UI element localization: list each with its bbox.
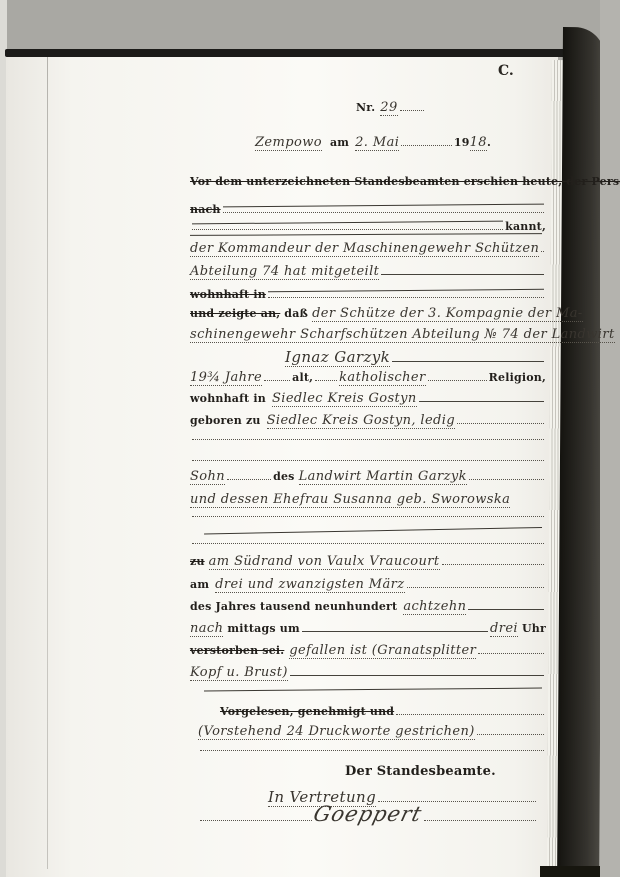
parents-line-2: und dessen Ehefrau Susanna geb. Sworowsk… [190,492,546,508]
informant-text-1: der Kommandeur der Maschinengewehr Schüt… [190,241,539,257]
ruled-line [302,629,488,632]
am-label: am [330,136,349,149]
ruled-line [264,378,290,381]
ruled-line [477,732,544,735]
blank-line [190,514,546,517]
struck-ruled-line [192,227,503,230]
age-value: 19¾ Jahre [190,370,262,386]
wohnhaft-struck-line: wohnhaft in [190,288,546,301]
birthplace-value: Siedlec Kreis Gostyn, ledig [267,413,455,429]
hour-value: drei [490,621,518,637]
ruled-line [478,651,544,654]
correction-note: (Vorstehend 24 Druckworte gestrichen) [198,724,475,740]
page-fold-crease [47,57,48,869]
ruled-line [200,818,312,821]
verstorben-label: verstorben sei. [190,644,284,657]
unit-line: schinengewehr Scharfschützen Abteilung №… [190,327,546,343]
deceased-unit-2: schinengewehr Scharfschützen Abteilung №… [190,327,615,343]
residence-value: Siedlec Kreis Gostyn [272,391,417,407]
kannt-line: kannt, [190,220,546,233]
residence-line: wohnhaft in Siedlec Kreis Gostyn [190,391,546,407]
period: . [487,136,491,149]
blank-line [190,458,546,461]
mother-value: und dessen Ehefrau Susanna geb. Sworowsk… [190,492,510,508]
alt-label: alt, [292,371,313,384]
age-religion-line: 19¾ Jahre alt, katholischer Religion, [190,370,546,386]
ruled-line [396,712,544,715]
sohn-value: Sohn [190,469,225,485]
year-print: 19 [454,136,470,149]
vorgelesen-label: Vorgelesen, genehmigt und [220,705,394,718]
ruled-line [192,437,544,440]
registrar-signature: Goeppert [311,802,425,826]
blank-line [198,748,546,751]
deceased-name-line: Ignaz Garzyk [285,348,546,367]
death-hour-line: nach mittags um drei Uhr [190,621,546,637]
am-date-label: am [190,578,209,591]
scanner-right-background [600,0,620,877]
ruled-line [290,673,544,676]
nach-label: nach [190,203,221,216]
ruled-line [192,458,544,461]
father-value: Landwirt Martin Garzyk [299,469,467,485]
religion-label: Religion, [489,371,546,384]
jahres-label: des Jahres tausend neunhundert [190,600,397,613]
birthplace-line: geboren zu Siedlec Kreis Gostyn, ledig [190,413,546,429]
informant-line-1: der Kommandeur der Maschinengewehr Schüt… [190,241,546,257]
place-date-line: Zempowo am 2. Mai 1918 . [255,135,491,151]
declaration-line: und zeigte an, daß der Schütze der 3. Ko… [190,306,546,322]
date-value: 2. Mai [355,135,399,151]
informant-line-2: Abteilung 74 hat mitgeteilt [190,264,546,280]
ruled-line [400,108,424,111]
deceased-name: Ignaz Garzyk [285,348,390,367]
printed-nach-line: nach [190,203,546,216]
ruled-line [468,607,544,610]
dass-label: daß [284,307,308,320]
zu-label: zu [190,555,205,568]
religion-value: katholischer [339,370,425,386]
ruled-line [192,514,544,517]
registrar-title: Der Standesbeamte. [345,764,496,779]
printed-intro-line: Vor dem unterzeichneten Standesbeamten e… [190,175,546,188]
printed-intro-text: Vor dem unterzeichneten Standesbeamten e… [190,175,620,188]
correction-note-line: (Vorstehend 24 Druckworte gestrichen) [198,724,546,740]
death-cause-line-2: Kopf u. Brust) [190,665,546,681]
des-label: des [273,470,294,483]
ruled-line [424,818,536,821]
death-cause-line-1: verstorben sei. gefallen ist (Granatspli… [190,643,546,659]
geboren-label: geboren zu [190,414,261,427]
ruled-line [442,562,544,565]
wohnhaft-struck-label: wohnhaft in [190,288,266,301]
cause-value-1: gefallen ist (Granatsplitter [289,643,476,659]
registrar-title-line: Der Standesbeamte. [345,764,546,779]
page-letter-mark: C. [498,63,514,79]
ruled-line [315,378,337,381]
struck-ruled-line [268,295,544,298]
wohnhaft-label: wohnhaft in [190,392,266,405]
page-top-shadow [5,49,565,57]
ruled-line [457,421,544,424]
deceased-unit-1: der Schütze der 3. Kompagnie der Ma- [312,306,583,322]
death-day-line: am drei und zwanzigsten März [190,577,546,593]
blank-line [190,437,546,440]
kannt-label: kannt, [505,220,546,233]
death-place-line: zu am Südrand von Vaulx Vraucourt [190,554,546,570]
place-value: Zempowo [255,135,322,151]
ruled-line [381,272,544,275]
ruled-line [192,541,544,544]
mittags-label: mittags um [227,622,299,635]
ruled-line [541,249,544,252]
year-hand: 18 [470,135,487,151]
death-place-value: am Südrand von Vaulx Vraucourt [209,554,440,570]
und-zeigte-label: und zeigte an, [190,307,280,320]
ruled-line [392,359,544,362]
book-cover-edge [557,27,605,877]
ruled-line [407,585,544,588]
struck-ruled-line [223,210,544,213]
ruled-line [428,378,487,381]
blank-line [190,541,546,544]
nach-value: nach [190,621,223,637]
parents-line-1: Sohn des Landwirt Martin Garzyk [190,469,546,485]
nr-value: 29 [380,100,397,116]
vorgelesen-line: Vorgelesen, genehmigt und [220,705,546,718]
cause-value-2: Kopf u. Brust) [190,665,288,681]
uhr-label: Uhr [522,622,546,635]
ruled-line [227,477,271,480]
ruled-line [401,143,452,146]
informant-text-2: Abteilung 74 hat mitgeteilt [190,264,379,280]
ruled-line [469,477,544,480]
ruled-line [419,399,544,402]
ruled-line [200,748,544,751]
record-number-line: Nr. 29 [356,100,426,116]
signature-line: Goeppert [198,802,538,826]
death-day-value: drei und zwanzigsten März [215,577,404,593]
death-year-value: achtzehn [403,599,466,615]
death-year-line: des Jahres tausend neunhundert achtzehn [190,599,546,615]
nr-label: Nr. [356,101,375,114]
